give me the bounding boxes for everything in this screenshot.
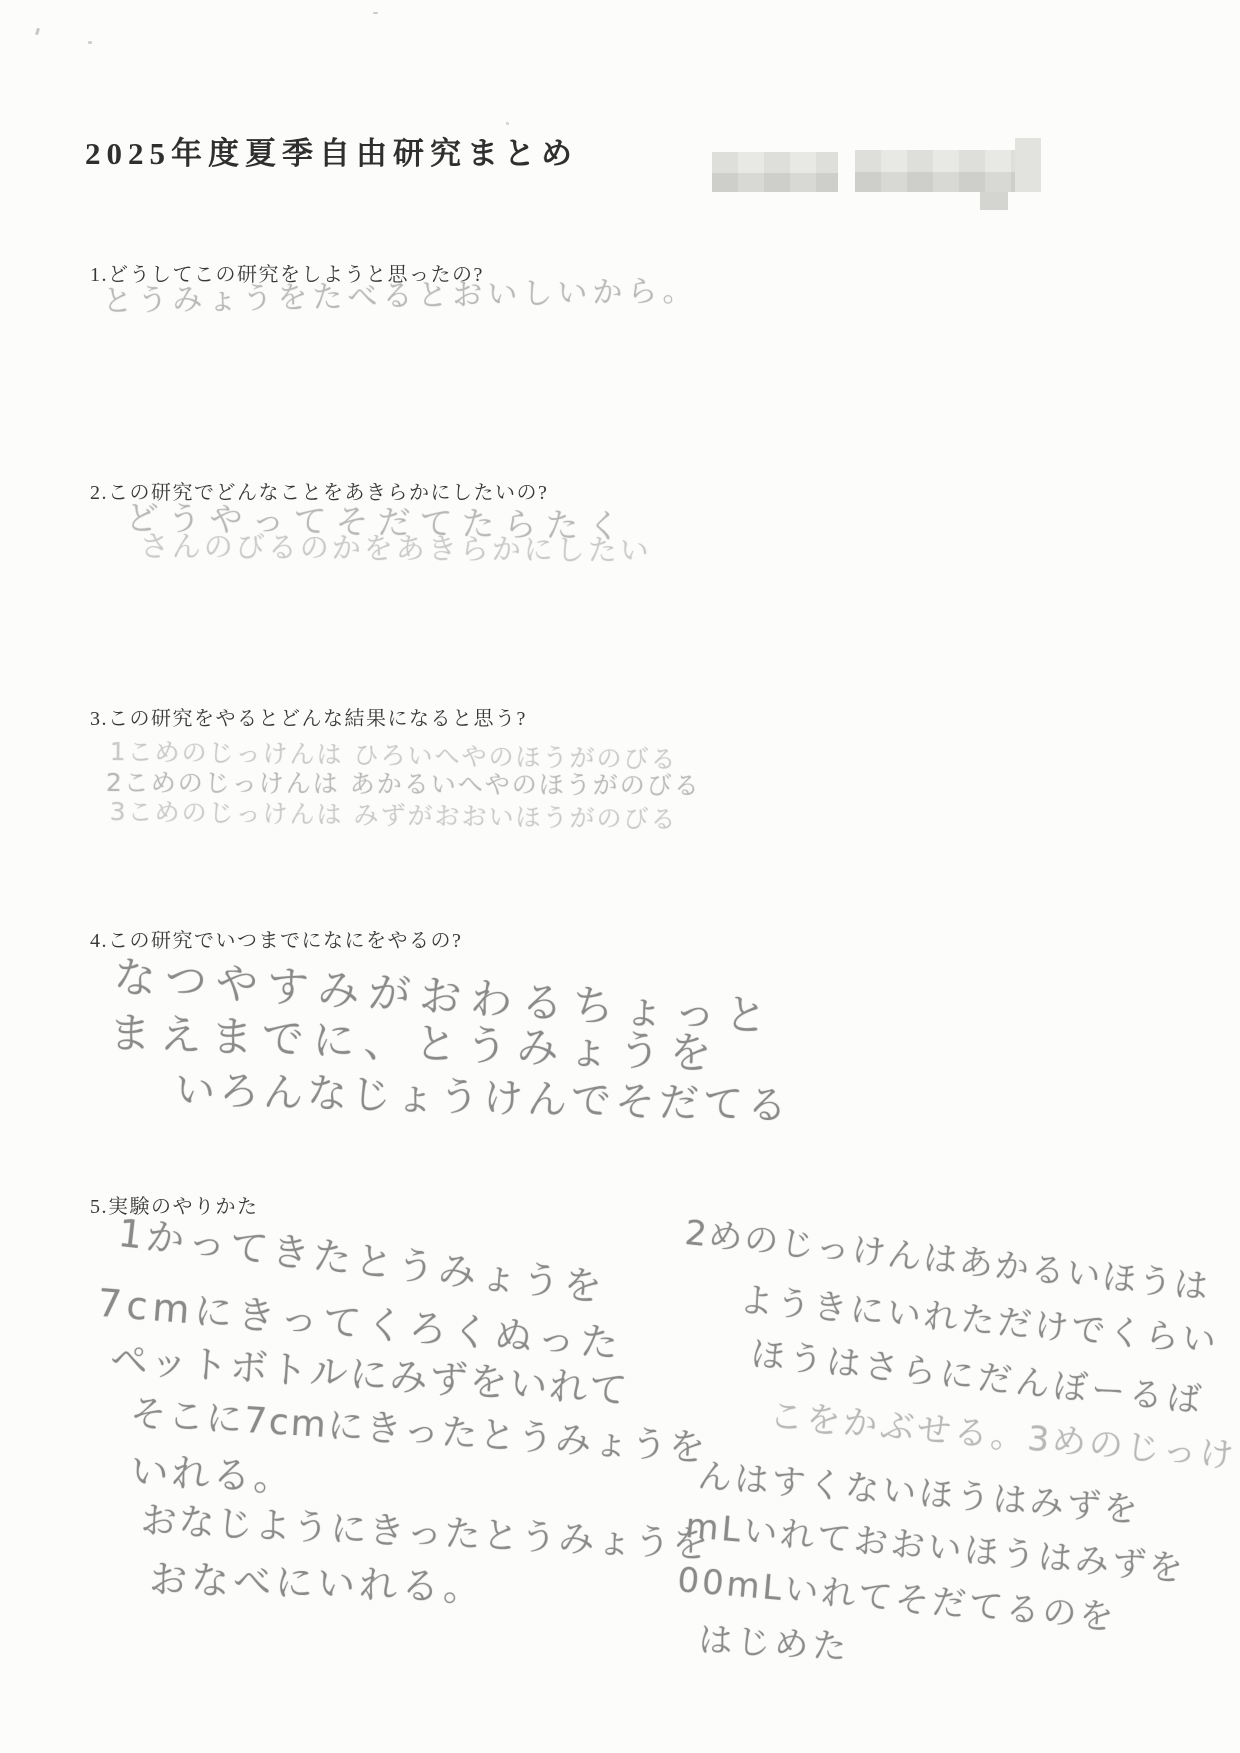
redacted-name-cell [1015,138,1041,192]
redacted-name-cell [980,192,1008,210]
question-5-left-handwriting-line-7: おなべにいれる。 [149,1548,486,1612]
question-5-right-handwriting-line-8: はじめた [697,1612,851,1669]
scan-speck [506,122,509,125]
question-2-answer-handwriting-line-2: さんのびるのかをあきらかにしたい [140,524,652,569]
question-3-answer-handwriting-line-3: 3こめのじっけんは みずがおおいほうがのびる [109,792,677,836]
question-1-answer-handwriting: とうみょうをたべるとおいしいから。 [102,266,698,320]
scan-speck [88,41,92,44]
document-title: 2025年度夏季自由研究まとめ [85,128,578,173]
scanned-document-page: 2025年度夏季自由研究まとめ 1.どうしてこの研究をしようと思ったの? とうみ… [0,0,1240,1753]
scan-speck [35,28,40,36]
question-3-label: 3.この研究をやるとどんな結果になると思う? [90,702,527,731]
redacted-name-block [712,152,838,192]
redacted-name-block [855,150,1041,192]
scan-speck [373,12,378,14]
